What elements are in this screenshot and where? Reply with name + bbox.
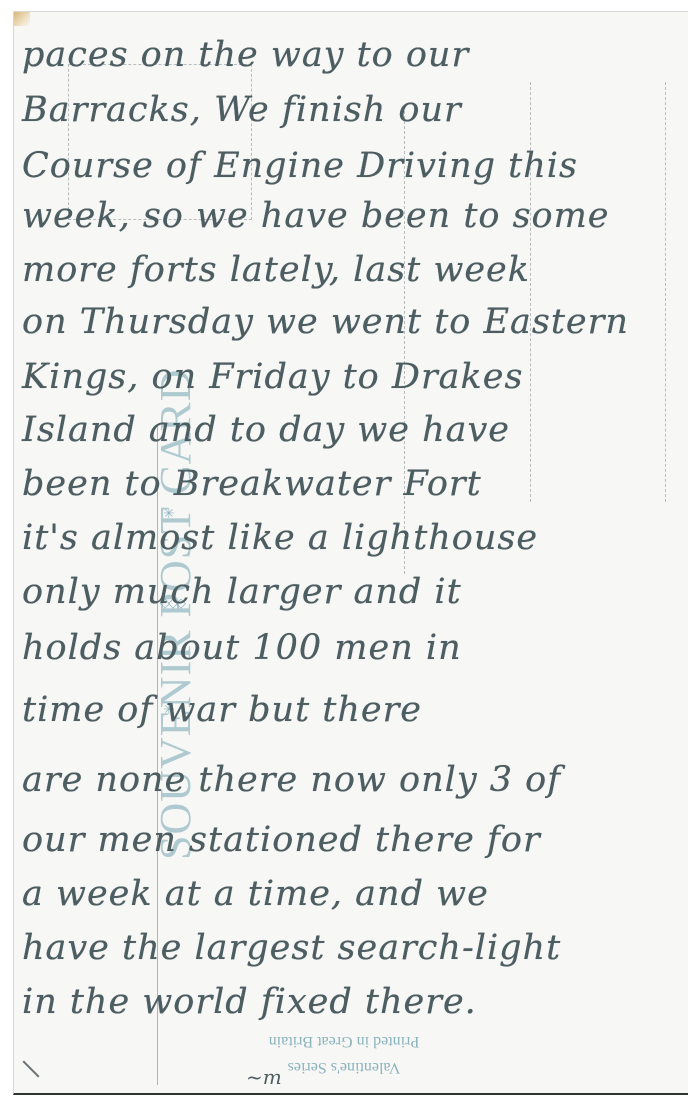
printer-line-printed-in: Printed in Great Britain	[0, 1032, 688, 1050]
handwritten-message: paces on the way to our Barracks, We fin…	[0, 0, 688, 1104]
message-line: a week at a time, and we	[22, 874, 688, 914]
message-line: Island and to day we have	[22, 410, 688, 450]
message-line: our men stationed there for	[22, 820, 688, 860]
message-line: only much larger and it	[22, 572, 688, 612]
message-line: are none there now only 3 of	[22, 760, 688, 800]
message-line: more forts lately, last week	[22, 250, 688, 290]
message-line: have the largest search-light	[22, 928, 688, 968]
ink-scribble: ~m	[246, 1065, 282, 1089]
message-line: Kings, on Friday to Drakes	[22, 357, 688, 397]
message-line: in the world fixed there.	[22, 982, 688, 1022]
printer-line-series: Valentine's Series	[0, 1058, 688, 1076]
message-line: been to Breakwater Fort	[22, 464, 688, 504]
message-line: holds about 100 men in	[22, 628, 688, 668]
message-line: on Thursday we went to Eastern	[22, 302, 688, 342]
message-line: Course of Engine Driving this	[22, 146, 688, 186]
message-line: it's almost like a lighthouse	[22, 518, 688, 558]
message-line: time of war but there	[22, 690, 688, 730]
message-line: Barracks, We finish our	[22, 90, 688, 130]
message-line: paces on the way to our	[22, 35, 688, 75]
message-line: week, so we have been to some	[22, 196, 688, 236]
